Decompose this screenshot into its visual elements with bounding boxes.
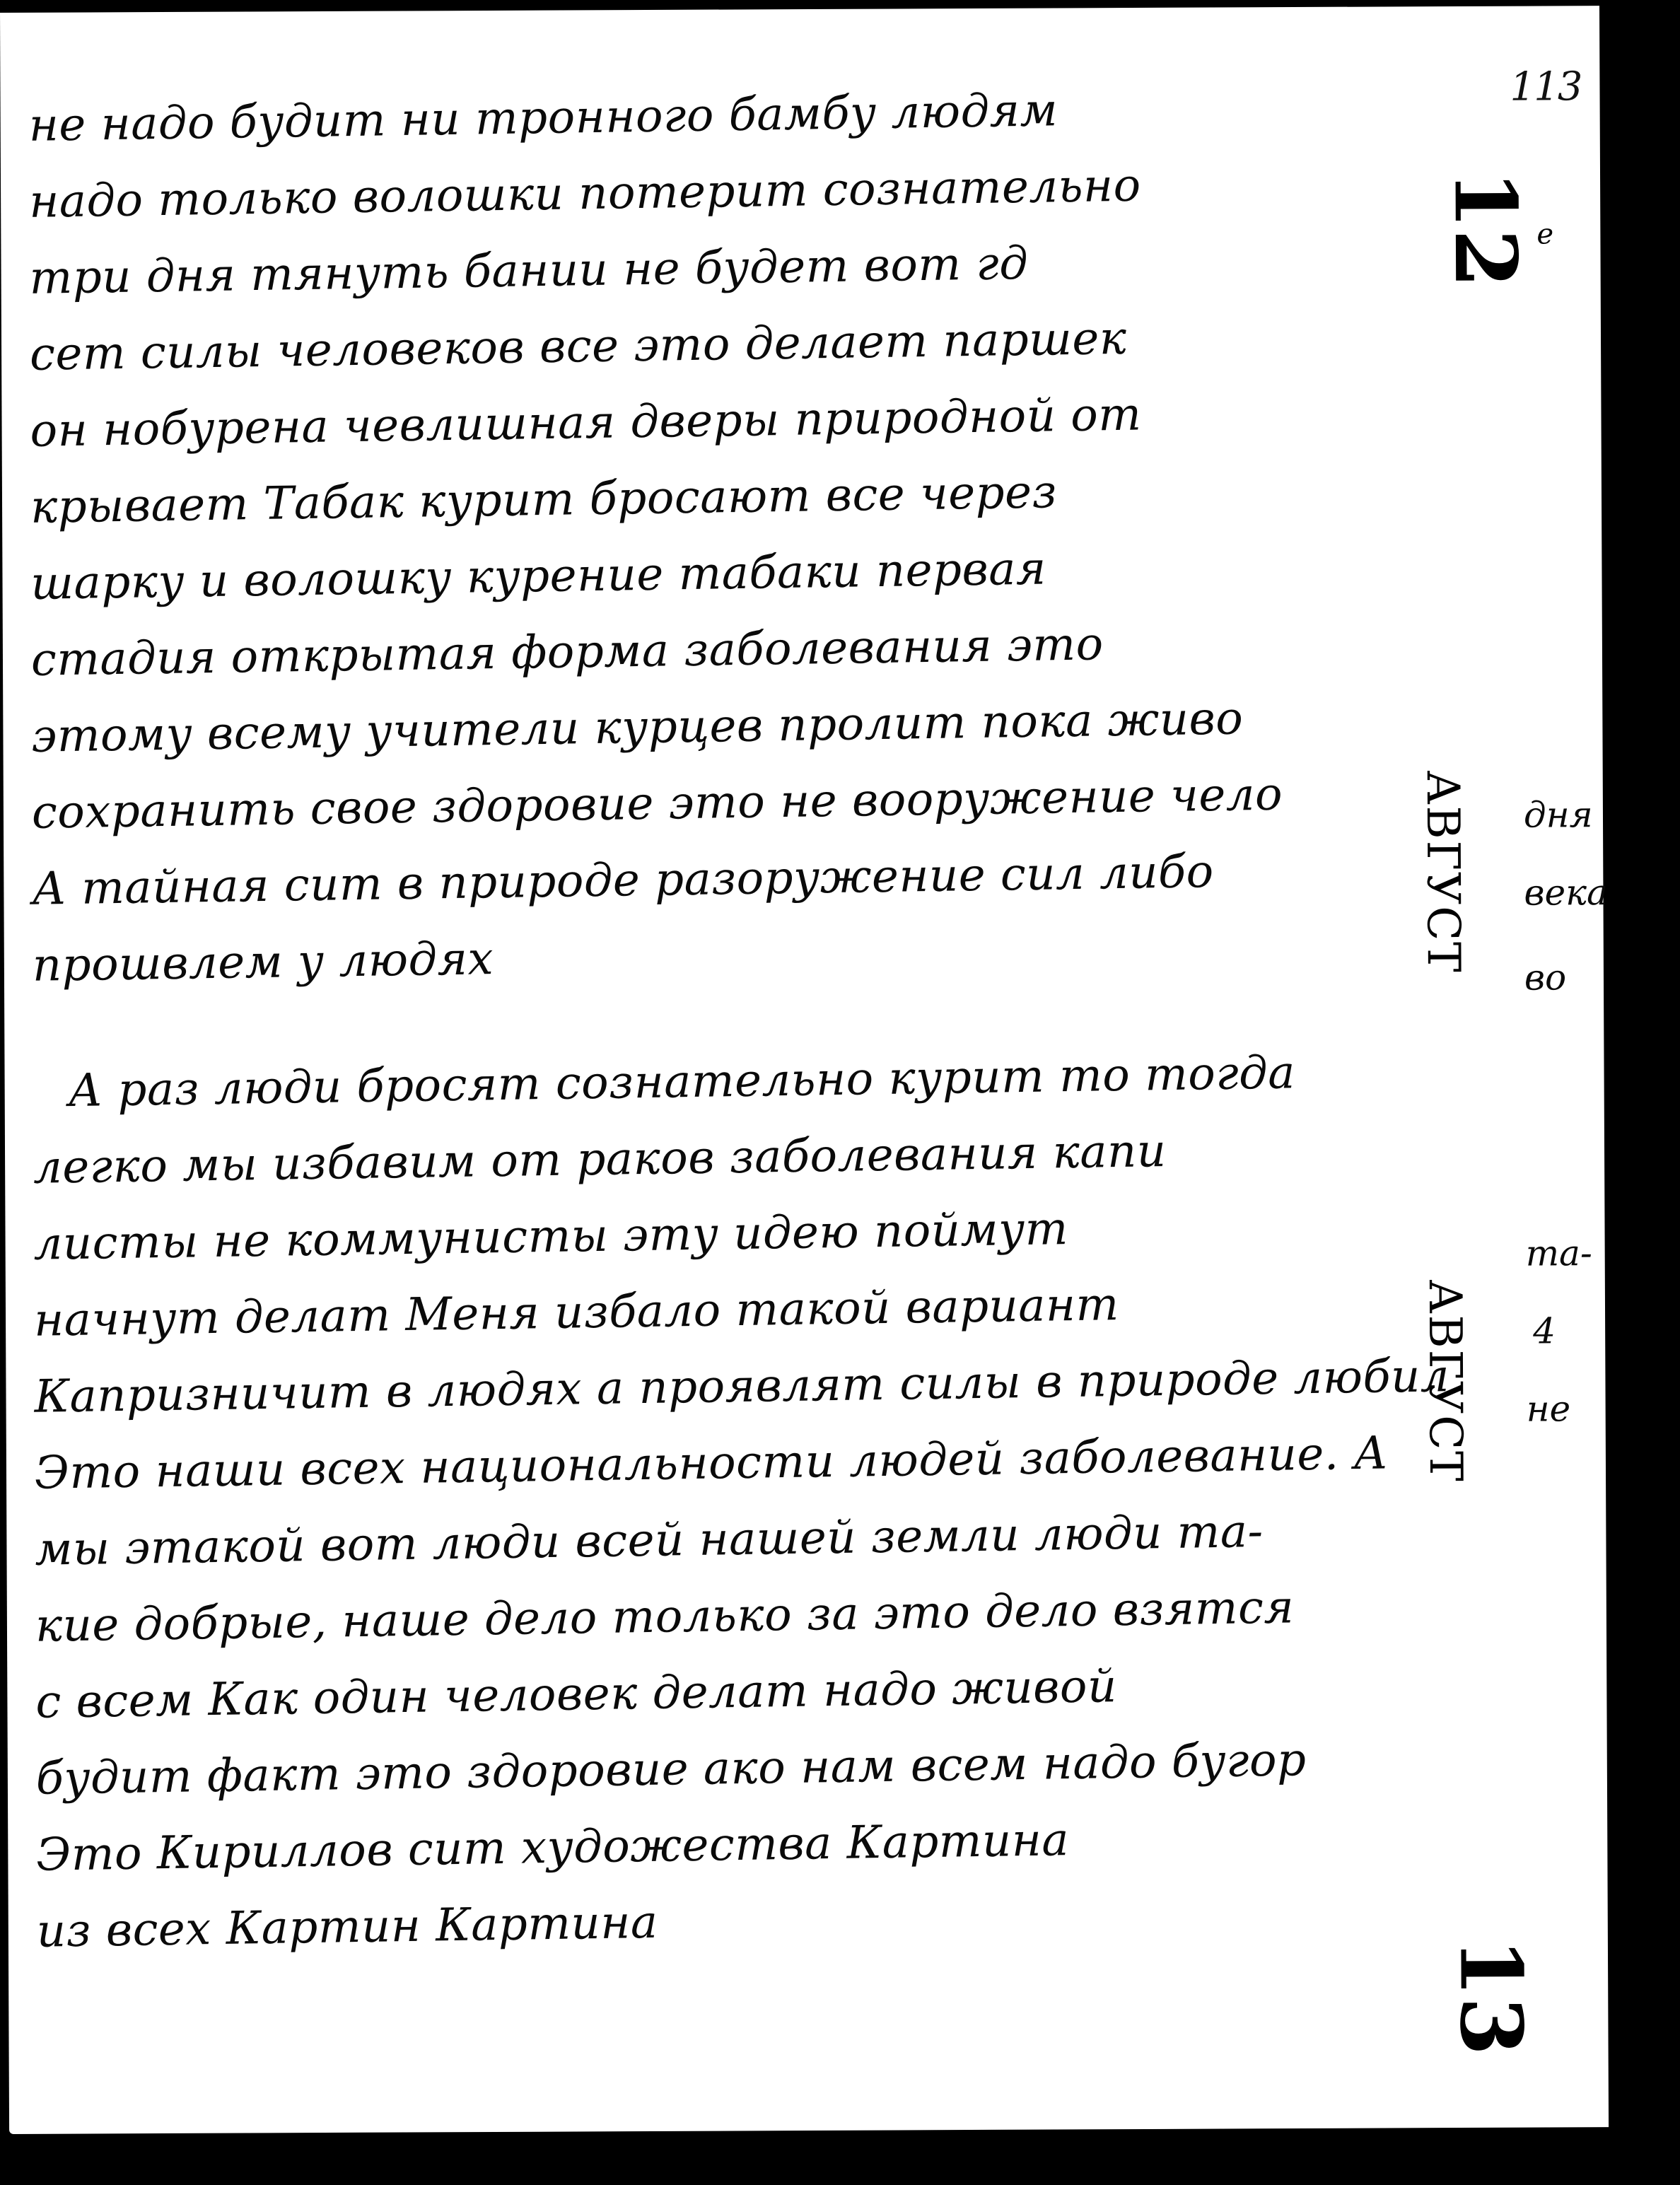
date-stamp-month: АВГУСТ (1416, 770, 1469, 974)
margin-note: дня (1524, 794, 1593, 835)
date-stamp-day: 13 (1447, 1938, 1533, 2056)
date-stamp-day: 12 (1442, 170, 1527, 289)
date-stamp-month: АВГУСТ (1418, 1279, 1471, 1483)
margin-note: не (1527, 1388, 1571, 1429)
margin-note: века (1524, 872, 1608, 914)
date-stamp-superscript: е (1536, 218, 1553, 250)
page-number: 113 (1510, 64, 1581, 110)
margin-note: во (1524, 957, 1566, 998)
margin-note: та- (1526, 1233, 1592, 1274)
manuscript-page: 113 не надо будит ни тронного бамбу людя… (0, 6, 1609, 2134)
handwritten-text-body: не надо будит ни тронного бамбу людям на… (28, 84, 1465, 1973)
margin-note: 4 (1533, 1310, 1556, 1351)
